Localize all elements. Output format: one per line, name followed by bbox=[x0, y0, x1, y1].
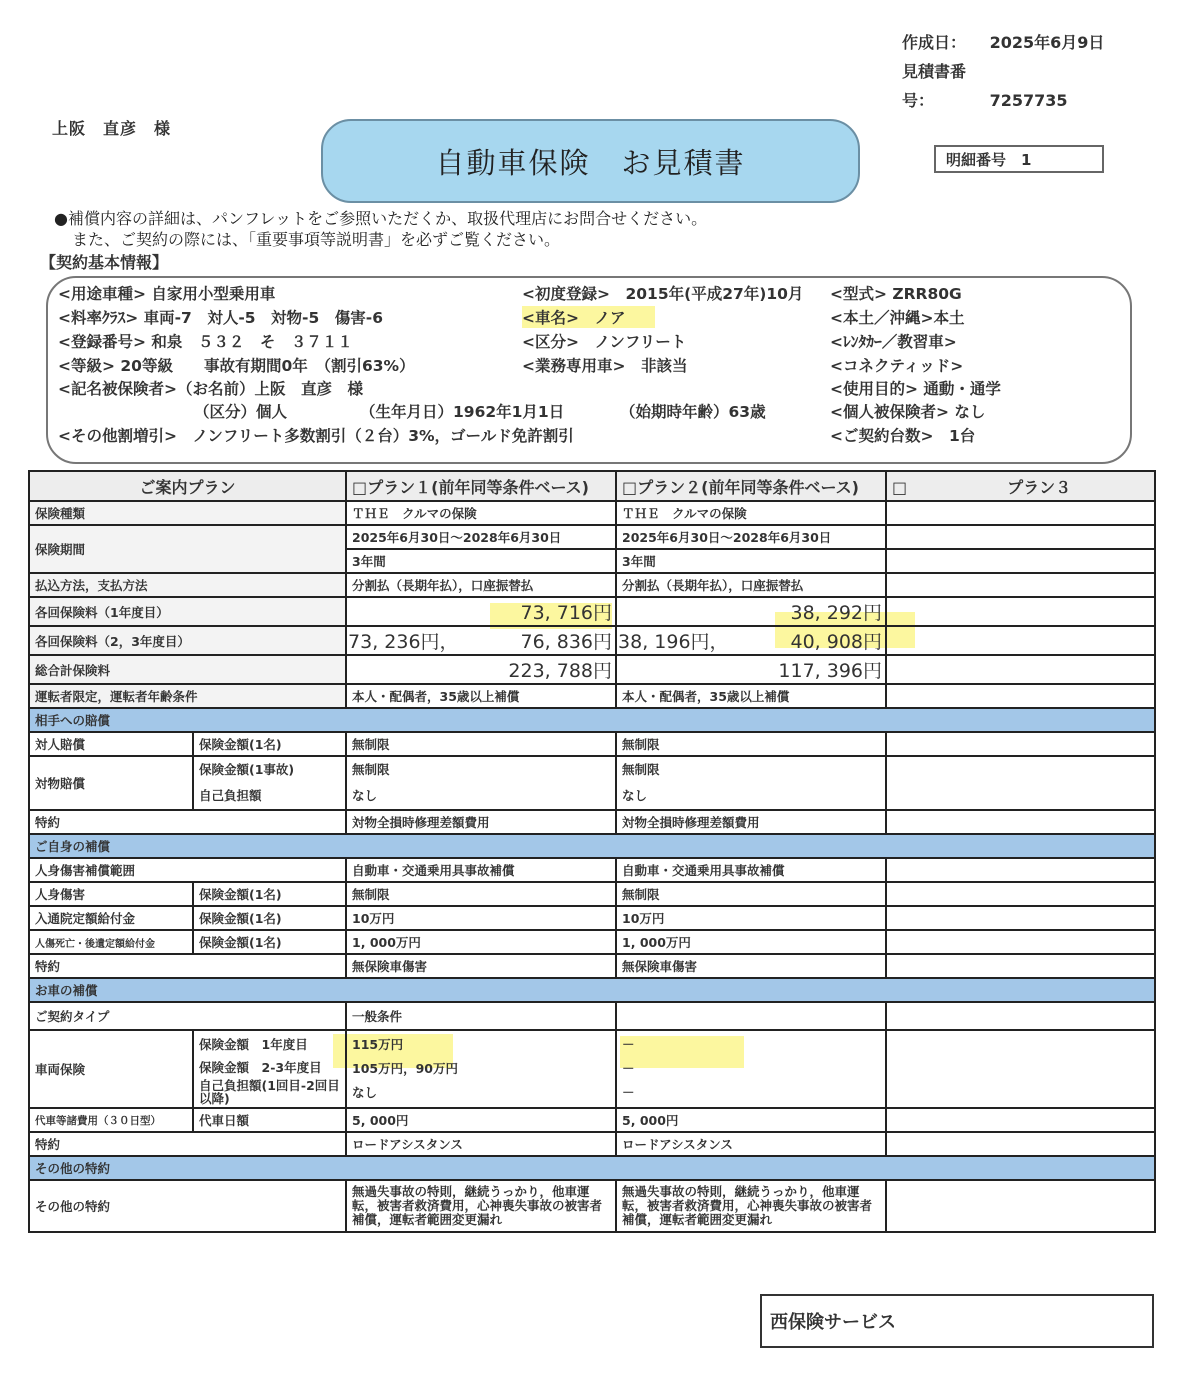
section-other: その他の特約 bbox=[29, 1156, 1155, 1180]
plan-2-premium-year1: 38, 292円 bbox=[616, 597, 886, 626]
table-row: 各回保険料（2，3年度目） 73, 236円，76, 836円 38, 196円… bbox=[29, 626, 1155, 655]
table-row: 対人賠償 保険金額(1名) 無制限 無制限 bbox=[29, 732, 1155, 756]
fleet-category: <区分> ノンフリート bbox=[522, 330, 686, 352]
section-self: ご自身の補償 bbox=[29, 834, 1155, 858]
rate-class: <料率ｸﾗｽ> 車両-7 対人-5 対物-5 傷害-6 bbox=[58, 306, 383, 328]
contract-count: <ご契約台数> 1台 bbox=[830, 424, 975, 446]
plan-comparison-table: ご案内プラン □プラン１(前年同等条件ベース) □プラン２(前年同等条件ベース)… bbox=[28, 470, 1156, 1233]
quote-number-label: 見積書番号： bbox=[902, 57, 984, 115]
birth-date: （生年月日）1962年1月1日 bbox=[360, 400, 564, 422]
region: <本土／沖縄>本土 bbox=[830, 306, 964, 328]
business-vehicle: <業務専用車> 非該当 bbox=[522, 354, 687, 376]
basic-info-box: <用途車種> 自家用小型乗用車 <料率ｸﾗｽ> 車両-7 対人-5 対物-5 傷… bbox=[46, 276, 1132, 464]
table-row: 人身傷害補償範囲 自動車・交通乗用具事故補償 自動車・交通乗用具事故補償 bbox=[29, 858, 1155, 882]
table-row: その他の特約 無過失事故の特則，継続うっかり，他車運転，被害者救済費用，心神喪失… bbox=[29, 1180, 1155, 1232]
customer-name: 上阪 直彦 様 bbox=[52, 116, 171, 139]
model-code: <型式> ZRR80G bbox=[830, 282, 962, 304]
header-guide-plan: ご案内プラン bbox=[29, 471, 346, 501]
table-row: 保険期間 2025年6月30日～2028年6月30日 2025年6月30日～20… bbox=[29, 525, 1155, 549]
quote-number: 7257735 bbox=[990, 86, 1068, 115]
notice: ●補償内容の詳細は、パンフレットをご参照いただくか、取扱代理店にお問合せください… bbox=[54, 208, 707, 250]
table-row: 特約 ロードアシスタンス ロードアシスタンス bbox=[29, 1132, 1155, 1156]
table-row: 車両保険 保険金額 1年度目保険金額 2-3年度目自己負担額(1回目-2回目以降… bbox=[29, 1030, 1155, 1108]
document-title: 自動車保険 お見積書 bbox=[321, 119, 860, 203]
section-vehicle: お車の補償 bbox=[29, 978, 1155, 1002]
table-row: 特約 無保険車傷害 無保険車傷害 bbox=[29, 954, 1155, 978]
table-row: 運転者限定，運転者年齢条件 本人・配偶者，35歳以上補償 本人・配偶者，35歳以… bbox=[29, 684, 1155, 708]
table-header-row: ご案内プラン □プラン１(前年同等条件ベース) □プラン２(前年同等条件ベース)… bbox=[29, 471, 1155, 501]
table-row: 対物賠償 保険金額(1事故)自己負担額 無制限なし 無制限なし bbox=[29, 756, 1155, 810]
basic-info-title: 【契約基本情報】 bbox=[40, 250, 168, 273]
plan-1-total: 223, 788円 bbox=[346, 655, 616, 684]
table-row: 人身傷害 保険金額(1名) 無制限 無制限 bbox=[29, 882, 1155, 906]
detail-number: 明細番号 1 bbox=[934, 145, 1104, 173]
other-discounts: <その他割増引> ノンフリート多数割引（２台）3%，ゴールド免許割引 bbox=[58, 424, 574, 446]
table-row: 入通院定額給付金 保険金額(1名) 10万円 10万円 bbox=[29, 906, 1155, 930]
table-row: 人傷死亡・後遺定額給付金 保険金額(1名) 1, 000万円 1, 000万円 bbox=[29, 930, 1155, 954]
notice-line-2: また、ご契約の際には、「重要事項等説明書」を必ずご覧ください。 bbox=[54, 229, 707, 250]
table-row: 特約 対物全損時修理差額費用 対物全損時修理差額費用 bbox=[29, 810, 1155, 834]
plan-3-checkbox[interactable]: □ bbox=[892, 478, 907, 497]
table-row: 代車等諸費用（３０日型） 代車日額 5, 000円 5, 000円 bbox=[29, 1108, 1155, 1132]
section-third-party: 相手への賠償 bbox=[29, 708, 1155, 732]
car-name: <車名> ノア bbox=[522, 306, 655, 328]
document-meta: 作成日： 2025年6月9日 見積書番号： 7257735 bbox=[902, 28, 1104, 115]
agency-name: 西保険サービス bbox=[760, 1294, 1154, 1348]
plan-3-label: プラン３ bbox=[1007, 478, 1071, 497]
usage-purpose: <使用目的> 通動・通学 bbox=[830, 377, 1001, 399]
age-at-start: （始期時年齢）63歳 bbox=[620, 400, 766, 422]
table-row: 保険種類 ＴＨＥ クルマの保険 ＴＨＥ クルマの保険 bbox=[29, 501, 1155, 525]
usage-vehicle-type: <用途車種> 自家用小型乗用車 bbox=[58, 282, 275, 304]
insured-category: （区分）個人 bbox=[194, 400, 287, 422]
grade: <等級> 20等級 事故有期間0年 （割引63%） bbox=[58, 354, 415, 376]
named-insured: <記名被保険者>（お名前）上阪 直彦 様 bbox=[58, 377, 363, 399]
table-row: 総合計保険料 223, 788円 117, 396円 bbox=[29, 655, 1155, 684]
created-label: 作成日： bbox=[902, 28, 984, 57]
notice-line-1: ●補償内容の詳細は、パンフレットをご参照いただくか、取扱代理店にお問合せください… bbox=[54, 208, 707, 229]
plan-2-total: 117, 396円 bbox=[616, 655, 886, 684]
rental-training-car: <ﾚﾝﾀｶｰ／教習車> bbox=[830, 330, 957, 352]
connected: <コネクティッド> bbox=[830, 354, 963, 376]
registration-number: <登録番号> 和泉 ５３２ そ ３７１１ bbox=[58, 330, 353, 352]
table-row: 払込方法，支払方法 分割払（長期年払），口座振替払 分割払（長期年払），口座振替… bbox=[29, 573, 1155, 597]
header-plan-3[interactable]: □プラン３ bbox=[886, 471, 1155, 501]
table-row: 各回保険料（1年度目） 73, 716円 38, 292円 bbox=[29, 597, 1155, 626]
created-date: 2025年6月9日 bbox=[990, 28, 1105, 57]
first-registration: <初度登録> 2015年(平成27年)10月 bbox=[522, 282, 803, 304]
plan-1-premium-year1: 73, 716円 bbox=[346, 597, 616, 626]
header-plan-1[interactable]: □プラン１(前年同等条件ベース) bbox=[346, 471, 616, 501]
individual-insured: <個人被保険者> なし bbox=[830, 400, 985, 422]
header-plan-2[interactable]: □プラン２(前年同等条件ベース) bbox=[616, 471, 886, 501]
table-row: ご契約タイプ 一般条件 bbox=[29, 1002, 1155, 1030]
